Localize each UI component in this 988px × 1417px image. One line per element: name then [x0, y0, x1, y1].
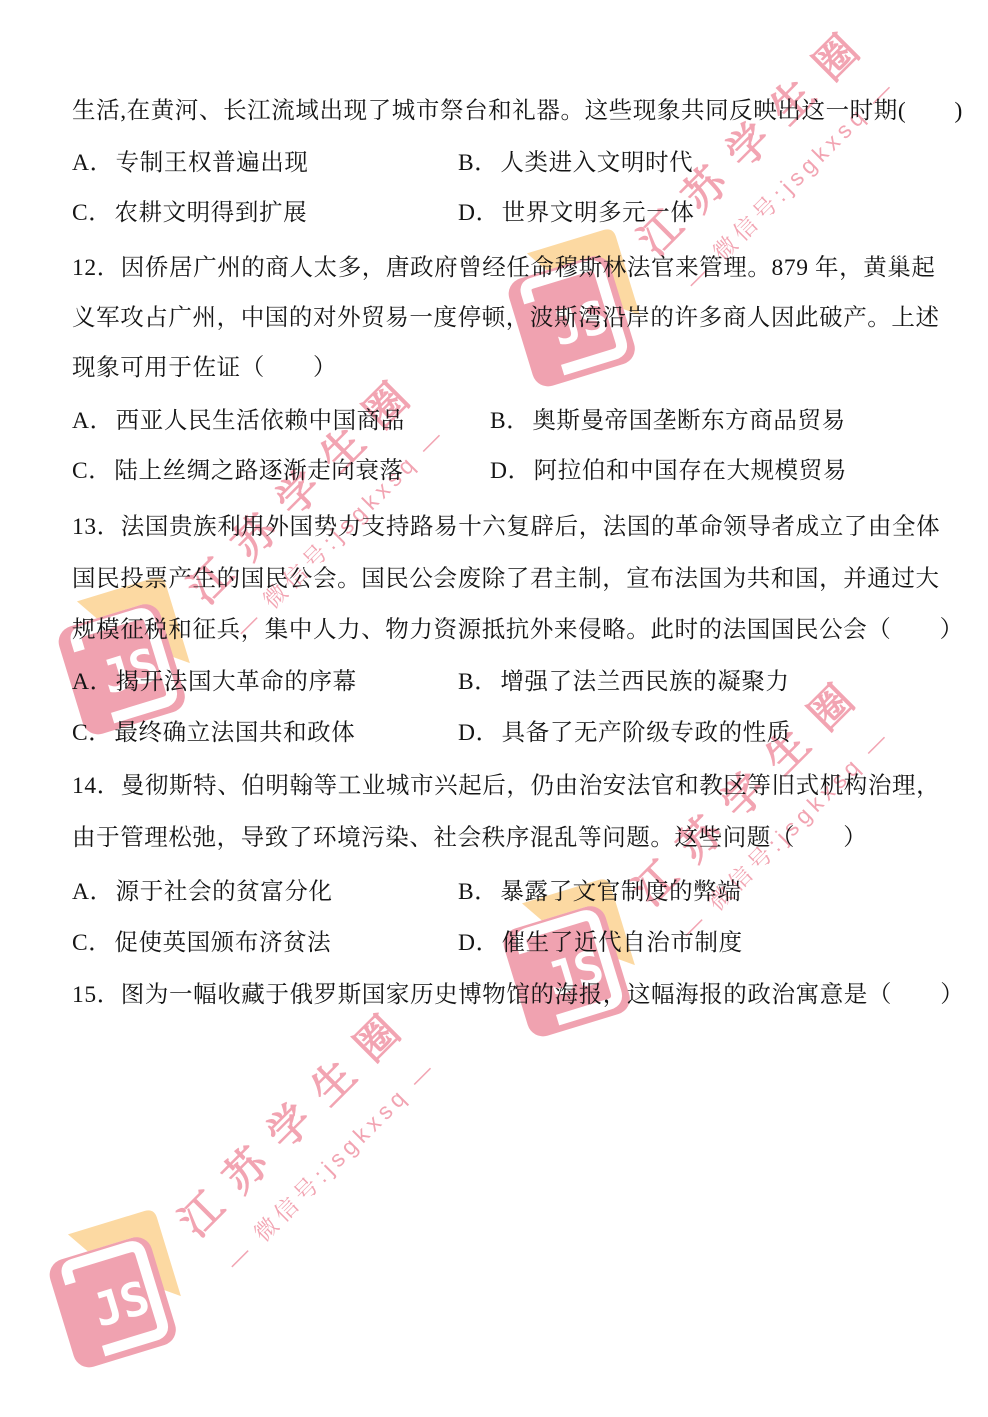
option-text: 陆上丝绸之路逐渐走向衰落	[114, 458, 403, 484]
q13-stem-line: 13．法国贵族利用外国势力支持路易十六复辟后，法国的革命领导者成立了由全体	[72, 512, 940, 542]
q12-option-d: D．阿拉伯和中国存在大规模贸易	[490, 456, 847, 486]
option-text: 阿拉伯和中国存在大规模贸易	[534, 458, 847, 484]
watermark-text: 江苏学生圈 — 微信号:jsgkxsq —	[180, 361, 464, 645]
q11-option-a: A．专制王权普遍出现	[72, 150, 308, 176]
q12-stem-line: 12．因侨居广州的商人太多，唐政府曾经任命穆斯林法官来管理。879 年，黄巢起	[72, 253, 936, 283]
option-label: B．	[458, 879, 500, 905]
q14-option-d: D．催生了近代自治市制度	[458, 928, 743, 958]
option-label: C．	[72, 200, 114, 226]
watermark-text: 江苏学生圈 — 微信号:jsgkxsq —	[171, 994, 455, 1278]
option-text: 具备了无产阶级专政的性质	[502, 720, 791, 746]
q11-option-b: B．人类进入文明时代	[458, 148, 693, 178]
option-text: 暴露了文官制度的弊端	[500, 879, 741, 905]
option-label: B．	[490, 408, 532, 434]
q12-options-row-cd: C．陆上丝绸之路逐渐走向衰落 D．阿拉伯和中国存在大规模贸易	[72, 456, 404, 486]
option-label: D．	[458, 930, 502, 956]
q14-options-row-ab: A．源于社会的贫富分化 B．暴露了文官制度的弊端	[72, 877, 333, 907]
q14-stem-line: 由于管理松弛，导致了环境污染、社会秩序混乱等问题。这些问题（ ）	[72, 823, 867, 853]
option-label: C．	[72, 930, 114, 956]
option-label: D．	[458, 720, 502, 746]
option-label: A．	[72, 879, 116, 905]
option-label: B．	[458, 669, 500, 695]
q11-stem-line: 生活,在黄河、长江流域出现了城市祭台和礼器。这些现象共同反映出这一时期( )	[72, 96, 963, 126]
q15-stem-line: 15．图为一幅收藏于俄罗斯国家历史博物馆的海报，这幅海报的政治寓意是（ ）	[72, 980, 964, 1010]
option-label: C．	[72, 720, 114, 746]
q12-stem-line: 现象可用于佐证（ ）	[72, 353, 337, 383]
q11-option-c: C．农耕文明得到扩展	[72, 200, 307, 226]
option-text: 农耕文明得到扩展	[114, 200, 307, 226]
brand-logo: JS	[43, 1208, 195, 1376]
q14-option-c: C．促使英国颁布济贫法	[72, 930, 331, 956]
option-label: D．	[458, 200, 502, 226]
q13-option-c: C．最终确立法国共和政体	[72, 720, 355, 746]
q14-stem-line: 14．曼彻斯特、伯明翰等工业城市兴起后，仍由治安法官和教区等旧式机构治理，	[72, 771, 940, 801]
option-text: 源于社会的贫富分化	[116, 879, 333, 905]
q12-options-row-ab: A．西亚人民生活依赖中国商品 B．奥斯曼帝国垄断东方商品贸易	[72, 406, 405, 436]
option-label: B．	[458, 150, 500, 176]
option-text: 增强了法兰西民族的凝聚力	[500, 669, 789, 695]
q13-stem-line: 国民投票产生的国民公会。国民公会废除了君主制，宣布法国为共和国，并通过大	[72, 564, 940, 594]
option-text: 最终确立法国共和政体	[114, 720, 355, 746]
q14-option-a: A．源于社会的贫富分化	[72, 879, 333, 905]
q13-stem-line: 规模征税和征兵，集中人力、物力资源抵抗外来侵略。此时的法国国民公会（ ）	[72, 615, 964, 645]
q14-options-row-cd: C．促使英国颁布济贫法 D．催生了近代自治市制度	[72, 928, 331, 958]
option-text: 催生了近代自治市制度	[502, 930, 743, 956]
q13-option-d: D．具备了无产阶级专政的性质	[458, 718, 791, 748]
option-label: A．	[72, 150, 116, 176]
q13-options-row-cd: C．最终确立法国共和政体 D．具备了无产阶级专政的性质	[72, 718, 355, 748]
option-label: D．	[490, 458, 534, 484]
q13-option-a: A．揭开法国大革命的序幕	[72, 669, 357, 695]
q12-option-a: A．西亚人民生活依赖中国商品	[72, 408, 405, 434]
q11-options-row-ab: A．专制王权普遍出现 B．人类进入文明时代	[72, 148, 308, 178]
option-text: 促使英国颁布济贫法	[114, 930, 331, 956]
option-label: A．	[72, 669, 116, 695]
q13-option-b: B．增强了法兰西民族的凝聚力	[458, 667, 790, 697]
q11-options-row-cd: C．农耕文明得到扩展 D．世界文明多元一体	[72, 198, 307, 228]
q11-option-d: D．世界文明多元一体	[458, 198, 694, 228]
option-text: 人类进入文明时代	[500, 150, 693, 176]
option-text: 专制王权普遍出现	[116, 150, 309, 176]
q12-stem-line: 义军攻占广州，中国的对外贸易一度停顿，波斯湾沿岸的许多商人因此破产。上述	[72, 303, 940, 333]
q13-options-row-ab: A．揭开法国大革命的序幕 B．增强了法兰西民族的凝聚力	[72, 667, 357, 697]
q14-option-b: B．暴露了文官制度的弊端	[458, 877, 741, 907]
option-text: 世界文明多元一体	[502, 200, 695, 226]
option-label: C．	[72, 458, 114, 484]
exam-page: JS 江苏学生圈 — 微信号:jsgkxsq — JS 江苏学生圈 — 微信号:…	[0, 0, 988, 1417]
q12-option-c: C．陆上丝绸之路逐渐走向衰落	[72, 458, 404, 484]
option-text: 西亚人民生活依赖中国商品	[116, 408, 405, 434]
q12-option-b: B．奥斯曼帝国垄断东方商品贸易	[490, 406, 846, 436]
option-label: A．	[72, 408, 116, 434]
option-text: 揭开法国大革命的序幕	[116, 669, 357, 695]
option-text: 奥斯曼帝国垄断东方商品贸易	[532, 408, 845, 434]
